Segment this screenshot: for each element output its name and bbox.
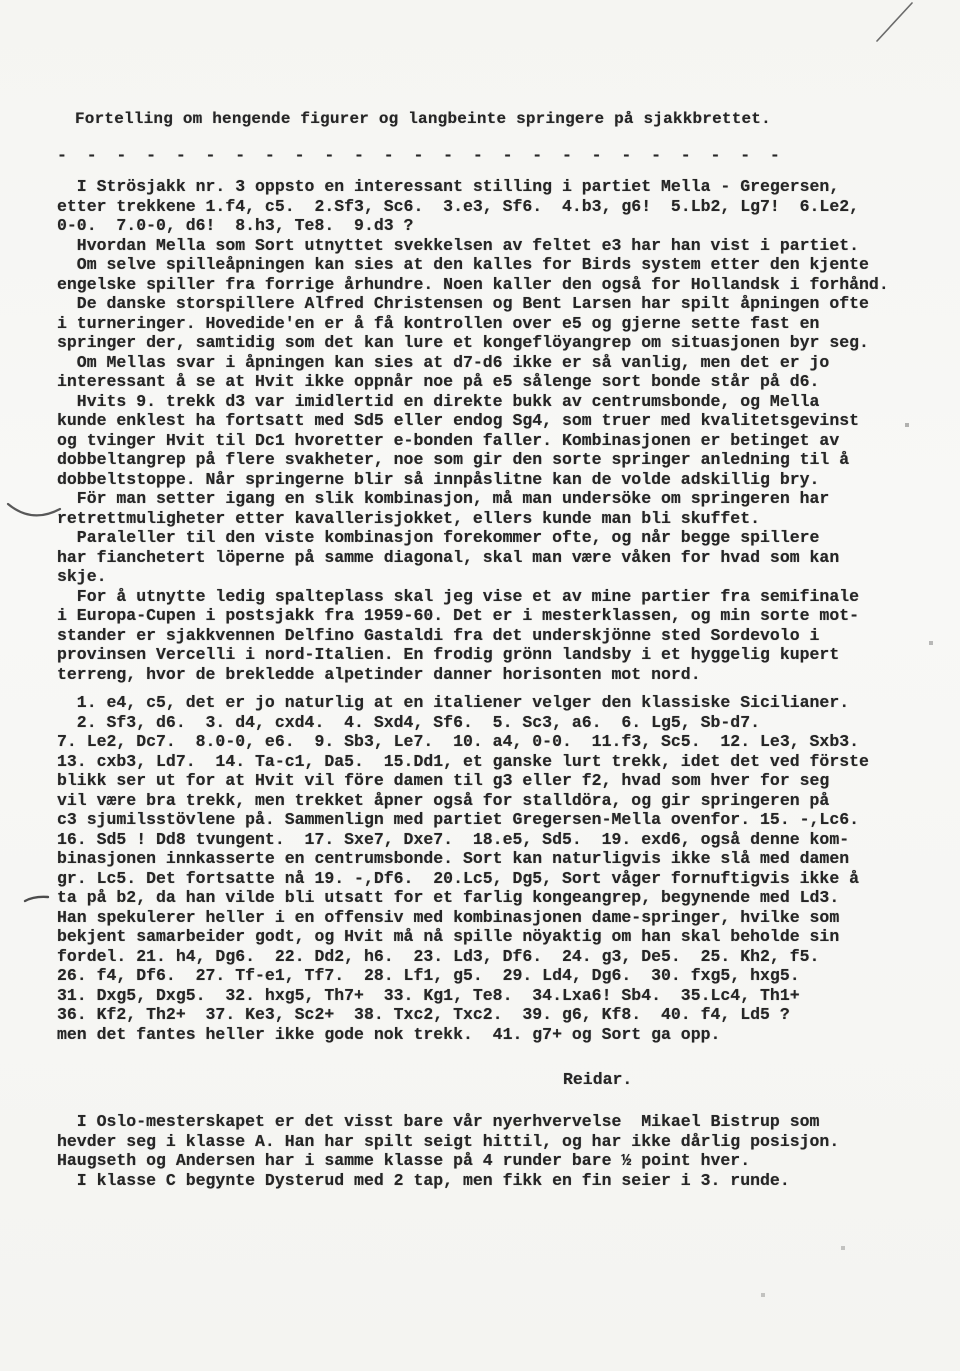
text-line: Hvits 9. trekk d3 var imidlertid en dire… <box>57 392 889 412</box>
text-line: 13. cxb3, Ld7. 14. Ta-c1, Da5. 15.Dd1, e… <box>57 752 889 772</box>
text-line: 0-0. 7.0-0, d6! 8.h3, Te8. 9.d3 ? <box>57 216 889 236</box>
text-line: Han spekulerer heller i en offensiv med … <box>57 908 889 928</box>
text-line: skje. <box>57 567 889 587</box>
text-line: ta på b2, da han vilde bli utsatt for et… <box>57 888 889 908</box>
text-line: Haugseth og Andersen har i samme klasse … <box>57 1151 839 1171</box>
text-line: binasjonen innkasserte en centrumsbonde.… <box>57 849 889 869</box>
text-line: I Oslo-mesterskapet er det visst bare vå… <box>57 1112 839 1132</box>
scanned-document-page: Fortelling om hengende figurer og langbe… <box>0 0 960 1371</box>
text-line: Om Mellas svar i åpningen kan sies at d7… <box>57 353 889 373</box>
pencil-slash-mark <box>868 0 920 46</box>
text-line: har fianchetert löperne på samme diagona… <box>57 548 889 568</box>
text-line: För man setter igang en slik kombinasjon… <box>57 489 889 509</box>
text-line: For å utnytte ledig spalteplass skal jeg… <box>57 587 889 607</box>
text-line: 16. Sd5 ! Dd8 tvungent. 17. Sxe7, Dxe7. … <box>57 830 889 850</box>
text-line: provinsen Vercelli i nord-Italien. En fr… <box>57 645 889 665</box>
text-line: bekjent samarbeider godt, og Hvit må nå … <box>57 927 889 947</box>
text-line: terreng, hvor de brekledde alpetinder da… <box>57 665 889 685</box>
text-line: 26. f4, Df6. 27. Tf-e1, Tf7. 28. Lf1, g5… <box>57 966 889 986</box>
text-line: I Strösjakk nr. 3 oppsto en interessant … <box>57 177 889 197</box>
text-line: c3 sjumilsstövlene på. Sammenlign med pa… <box>57 810 889 830</box>
text-line: interessant å se at Hvit ikke oppnår noe… <box>57 372 889 392</box>
text-line: kunde enklest ha fortsatt med Sd5 eller … <box>57 411 889 431</box>
dashed-separator: - - - - - - - - - - - - - - - - - - - - … <box>57 146 780 165</box>
text-line: I klasse C begynte Dysterud med 2 tap, m… <box>57 1171 839 1191</box>
text-line: etter trekkene 1.f4, c5. 2.Sf3, Sc6. 3.e… <box>57 197 889 217</box>
text-line: gr. Lc5. Det fortsatte nå 19. -,Df6. 20.… <box>57 869 889 889</box>
text-line: men det fantes heller ikke gode nok trek… <box>57 1025 889 1045</box>
text-line: Paraleller til den viste kombinasjon for… <box>57 528 889 548</box>
document-body: I Strösjakk nr. 3 oppsto en interessant … <box>57 177 889 1044</box>
text-line: vil være bra trekk, men trekket åpner og… <box>57 791 889 811</box>
signature: Reidar. <box>563 1070 632 1089</box>
text-line <box>57 684 889 693</box>
text-line: fordel. 21. h4, Dg6. 22. Dd2, h6. 23. Ld… <box>57 947 889 967</box>
text-line: 7. Le2, Dc7. 8.0-0, e6. 9. Sb3, Le7. 10.… <box>57 732 889 752</box>
text-line: engelske spiller fra forrige århundre. N… <box>57 275 889 295</box>
scan-noise-specks <box>0 0 2 2</box>
pencil-dash-mark <box>22 892 52 906</box>
text-line: stander er sjakkvennen Delfino Gastaldi … <box>57 626 889 646</box>
text-line: dobbeltstoppe. Når springerne blir så in… <box>57 470 889 490</box>
text-line: 1. e4, c5, det er jo naturlig at en ital… <box>57 693 889 713</box>
text-line: og tvinger Hvit til Dc1 hvoretter e-bond… <box>57 431 889 451</box>
text-line: 31. Dxg5, Dxg5. 32. hxg5, Th7+ 33. Kg1, … <box>57 986 889 1006</box>
text-line: dobbeltangrep på flere svakheter, noe so… <box>57 450 889 470</box>
text-line: springer der, samtidig som det kan lure … <box>57 333 889 353</box>
text-line: 2. Sf3, d6. 3. d4, cxd4. 4. Sxd4, Sf6. 5… <box>57 713 889 733</box>
text-line: blikk ser ut for at Hvit vil före damen … <box>57 771 889 791</box>
text-line: hevder seg i klasse A. Han har spilt sei… <box>57 1132 839 1152</box>
text-line: i Europa-Cupen i postsjakk fra 1959-60. … <box>57 606 889 626</box>
text-line: De danske storspillere Alfred Christense… <box>57 294 889 314</box>
text-line: Hvordan Mella som Sort utnyttet svekkels… <box>57 236 889 256</box>
document-footer: I Oslo-mesterskapet er det visst bare vå… <box>57 1112 839 1190</box>
text-line: retrettmuligheter etter kavallerisjokket… <box>57 509 889 529</box>
text-line: i turneringer. Hovedide'en er å få kontr… <box>57 314 889 334</box>
document-title: Fortelling om hengende figurer og langbe… <box>75 110 771 128</box>
text-line: 36. Kf2, Th2+ 37. Ke3, Sc2+ 38. Txc2, Tx… <box>57 1005 889 1025</box>
text-line: Om selve spilleåpningen kan sies at den … <box>57 255 889 275</box>
